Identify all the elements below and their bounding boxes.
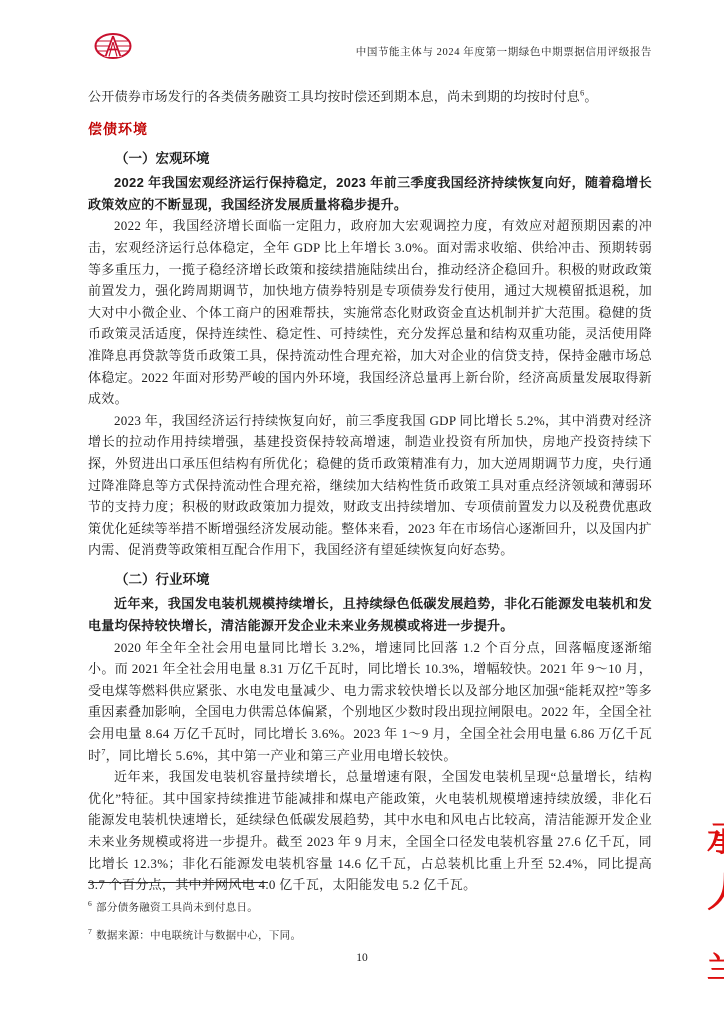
footnote-7-text: 数据来源：中电联统计与数据中心，下同。: [96, 930, 301, 941]
stamp-fragment-icon: 承: [707, 822, 724, 862]
footnote-6: 6部分债务融资工具尚未到付息日。: [88, 892, 652, 920]
section-title-repayment-environment: 偿债环境: [88, 119, 652, 139]
document-header-title: 中国节能主体与 2024 年度第一期绿色中期票据信用评级报告: [356, 44, 652, 59]
industry-paragraph-electricity: 2020 年全年全社会用电量同比增长 3.2%，增速同比回落 1.2 个百分点，…: [88, 637, 652, 767]
rating-agency-emblem-icon: [94, 32, 132, 62]
page-number: 10: [0, 952, 724, 964]
footnote-7: 7数据来源：中电联统计与数据中心，下同。: [88, 920, 652, 948]
industry-paragraph-capacity: 近年来，我国发电装机容量持续增长，总量增速有限，全国发电装机呈现“总量增长，结构…: [88, 766, 652, 896]
intro-text: 公开债券市场发行的各类债务融资工具均按时偿还到期本息，尚未到期的均按时付息: [88, 89, 580, 104]
subsection-title-macro-environment: （一）宏观环境: [88, 148, 652, 170]
intro-paragraph: 公开债券市场发行的各类债务融资工具均按时偿还到期本息，尚未到期的均按时付息6。: [88, 86, 652, 108]
subsection-title-industry-environment: （二）行业环境: [88, 569, 652, 591]
footnote-7-ref: 7: [88, 927, 92, 936]
industry-paragraph-electricity-text: 2020 年全年全社会用电量同比增长 3.2%，增速同比回落 1.2 个百分点，…: [88, 640, 652, 763]
industry-paragraph-electricity-tail: ，同比增长 5.6%，其中第一产业和第三产业用电增长较快。: [106, 748, 457, 763]
footnote-block: 6部分债务融资工具尚未到付息日。 7数据来源：中电联统计与数据中心，下同。: [88, 882, 652, 947]
footnote-separator: [88, 882, 268, 883]
report-page: 中国节能主体与 2024 年度第一期绿色中期票据信用评级报告 公开债券市场发行的…: [0, 0, 724, 1024]
intro-tail: 。: [584, 89, 597, 104]
stamp-fragment-icon: 人: [707, 872, 724, 916]
macro-paragraph-2022: 2022 年，我国经济增长面临一定阻力，政府加大宏观调控力度，有效应对超预期因素…: [88, 215, 652, 409]
document-body: 公开债券市场发行的各类债务融资工具均按时偿还到期本息，尚未到期的均按时付息6。 …: [88, 86, 652, 896]
industry-lead-paragraph: 近年来，我国发电装机规模持续增长，且持续绿色低碳发展趋势，非化石能源发电装机和发…: [88, 593, 652, 636]
macro-lead-paragraph: 2022 年我国宏观经济运行保持稳定，2023 年前三季度我国经济持续恢复向好，…: [88, 172, 652, 215]
macro-paragraph-2023: 2023 年，我国经济运行持续恢复向好，前三季度我国 GDP 同比增长 5.2%…: [88, 410, 652, 561]
footnote-6-text: 部分债务融资工具尚未到付息日。: [96, 903, 258, 914]
footnote-6-ref: 6: [88, 899, 92, 908]
